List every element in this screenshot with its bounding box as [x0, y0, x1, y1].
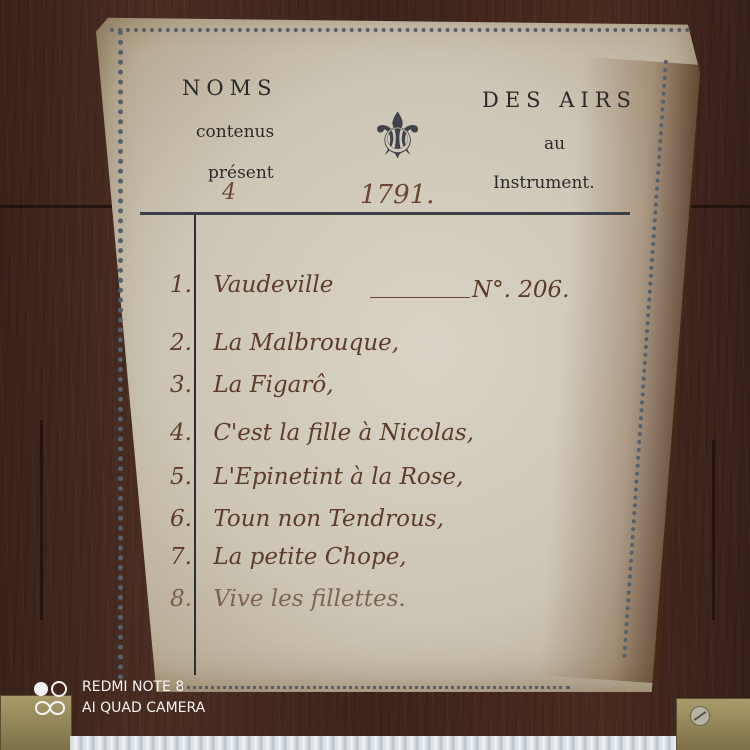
subheading-au: au	[544, 134, 565, 154]
entry-number: 7.	[170, 544, 206, 570]
ornamental-border-bottom	[180, 686, 570, 689]
quad-camera-icon	[32, 680, 72, 720]
entry-number: 6.	[170, 506, 206, 532]
heading-des-airs: DES AIRS	[482, 88, 637, 112]
flourish-line	[370, 297, 470, 298]
list-item: 4. C'est la fille à Nicolas,	[170, 420, 474, 446]
handwritten-year: 1791.	[360, 180, 434, 210]
screw-icon	[690, 706, 710, 726]
watermark-line-1: REDMI NOTE 8	[82, 677, 205, 698]
header-rule	[140, 212, 630, 215]
entry-title: C'est la fille à Nicolas,	[213, 420, 474, 446]
entry-title: La petite Chope,	[213, 544, 406, 570]
entry-title: La Malbrouque,	[213, 330, 399, 356]
entry-number: 4.	[170, 420, 206, 446]
list-item: 8. Vive les fillettes.	[170, 586, 406, 612]
watermark-line-2: AI QUAD CAMERA	[82, 698, 205, 719]
entry-number: 2.	[170, 330, 206, 356]
entry-title: La Figarô,	[213, 372, 333, 398]
entry-title: Vaudeville	[213, 272, 333, 298]
entry-number: 5.	[170, 464, 206, 490]
box-edge-strip	[70, 736, 676, 750]
ornamental-border-top	[110, 28, 690, 32]
subheading-contenus: contenus	[196, 122, 274, 142]
list-item: 3. La Figarô,	[170, 372, 334, 398]
reference-number: N°. 206.	[472, 277, 569, 303]
entry-number: 1.	[170, 272, 206, 298]
wood-panel-seam-left	[40, 420, 43, 620]
royal-coat-of-arms-icon: ⚜	[345, 82, 450, 192]
handwritten-number: 4	[222, 180, 236, 205]
ornamental-border-left	[118, 30, 123, 680]
list-item: 5. L'Epinetint à la Rose,	[170, 464, 463, 490]
list-item: 6. Toun non Tendrous,	[170, 506, 444, 532]
list-item: 1. Vaudeville	[170, 272, 333, 298]
list-item: 2. La Malbrouque,	[170, 330, 399, 356]
entry-title: L'Epinetint à la Rose,	[213, 464, 463, 490]
wood-panel-seam-right	[712, 440, 715, 620]
brass-hinge-right	[676, 698, 750, 750]
subheading-present: présent	[208, 163, 274, 183]
entry-number: 3.	[170, 372, 206, 398]
camera-watermark: REDMI NOTE 8 AI QUAD CAMERA	[82, 677, 205, 719]
heading-noms: NOMS	[182, 76, 277, 100]
subheading-instrument: Instrument.	[493, 173, 595, 193]
entry-number: 8.	[170, 586, 206, 612]
entry-title: Toun non Tendrous,	[213, 506, 444, 532]
list-item: 7. La petite Chope,	[170, 544, 407, 570]
entry-title: Vive les fillettes.	[213, 586, 405, 612]
